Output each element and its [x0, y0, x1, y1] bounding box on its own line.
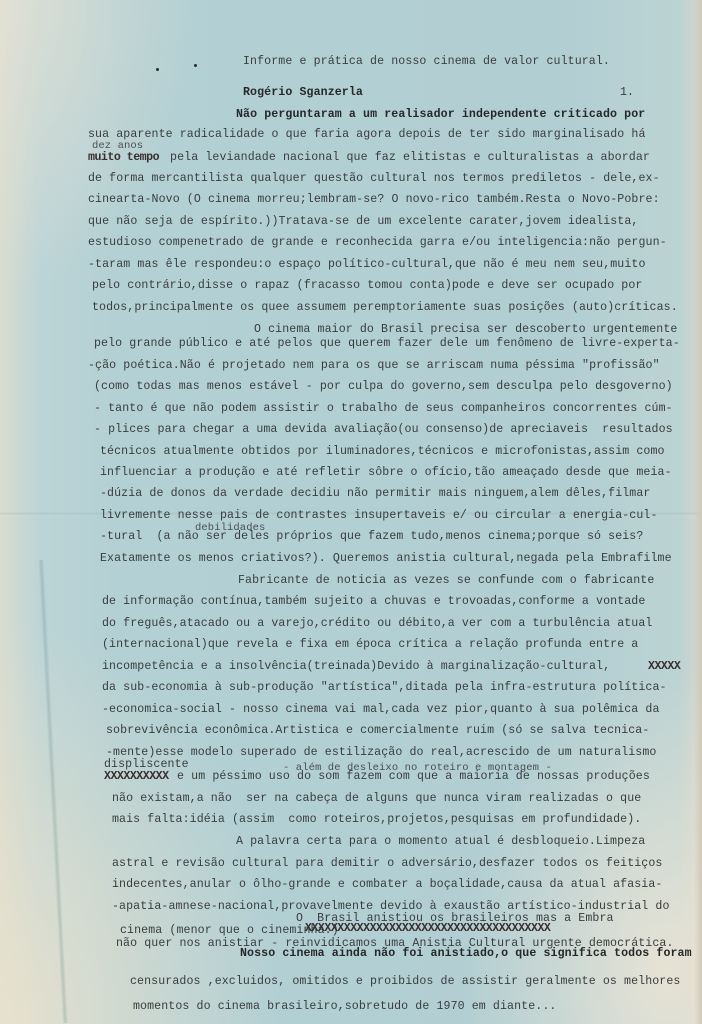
struck-text: XXXXX: [648, 660, 680, 673]
text-line: Não perguntaram a um realisador independ…: [236, 108, 645, 121]
text-line: de forma mercantilista qualquer questão …: [88, 172, 660, 185]
text-line: Nosso cinema ainda não foi anistiado,o q…: [240, 947, 692, 960]
text-line: livremente nesse pais de contrastes insu…: [100, 509, 658, 522]
text-line: -economica-social - nosso cinema vai mal…: [102, 703, 660, 716]
typewritten-page: Informe e prática de nosso cinema de val…: [0, 0, 702, 1024]
text-line: influenciar a produção e até refletir sô…: [100, 466, 672, 479]
text-line: O cinema maior do Brasil precisa ser des…: [254, 323, 677, 336]
struck-text: XXXXXXXXXXXXXXXXXXXXXXXXXXXXXXXXXXXXXX: [305, 922, 550, 935]
punch-mark: [194, 64, 197, 67]
text-line: da sub-economia à sub-produção "artístic…: [102, 681, 667, 694]
punch-mark: [156, 68, 159, 71]
text-line: cinearta-Novo (O cinema morreu;lembram-s…: [88, 193, 660, 206]
text-line: sua aparente radicalidade o que faria ag…: [88, 128, 646, 141]
text-line: não existam,a não ser na cabeça de algun…: [112, 792, 641, 805]
text-line: (internacional)que revela e fixa em époc…: [102, 638, 638, 651]
document-author: Rogério Sganzerla: [243, 86, 363, 99]
text-line: e um péssimo uso do som fazem com que a …: [170, 770, 650, 783]
paper-crease: [38, 560, 68, 1024]
text-line: do freguês,atacado ou a varejo,crédito o…: [102, 617, 652, 630]
text-line: A palavra certa para o momento atual é d…: [236, 835, 645, 848]
text-line: que não seja de espírito.))Tratava-se de…: [88, 215, 638, 228]
text-line: técnicos atualmente obtidos por iluminad…: [100, 445, 665, 458]
text-line: pelo contrário,disse o rapaz (fracasso t…: [92, 279, 642, 292]
page-number: 1.: [620, 86, 634, 99]
text-line: -dúzia de donos da verdade decidiu não p…: [100, 487, 650, 500]
text-line: pela leviandade nacional que faz elitist…: [163, 151, 650, 164]
text-line: mais falta:idéia (assim como roteiros,pr…: [112, 813, 641, 826]
text-line: astral e revisão cultural para demitir o…: [112, 857, 662, 870]
text-line: Fabricante de noticia as vezes se confun…: [238, 574, 654, 587]
text-line: todos,principalmente os quee assumem per…: [92, 301, 678, 314]
text-line: - tanto é que não podem assistir o traba…: [94, 402, 673, 415]
text-line: pelo grande público e até pelos que quer…: [94, 337, 680, 350]
paper-edge: [694, 0, 702, 1024]
text-line: de informação contínua,também sujeito a …: [102, 595, 645, 608]
struck-text: XXXXXXXXXX: [104, 770, 169, 783]
text-line: (como todas mas menos estável - por culp…: [94, 380, 673, 393]
text-line: Exatamente os menos criativos?). Queremo…: [100, 552, 672, 565]
document-title: Informe e prática de nosso cinema de val…: [243, 55, 610, 68]
text-line: -taram mas êle respondeu:o espaço políti…: [88, 258, 646, 271]
text-line: sobrevivência econômica.Artistica e come…: [106, 724, 649, 737]
text-line: -ção poética.Não é projetado nem para os…: [88, 359, 660, 372]
text-line: indecentes,anular o ôlho-grande e combat…: [112, 878, 662, 891]
struck-text: muito tempo: [88, 151, 159, 164]
text-line: momentos do cinema brasileiro,sobretudo …: [133, 1000, 556, 1013]
text-line: - plices para chegar a uma devida avalia…: [94, 423, 673, 436]
text-line: censurados ,excluidos, omitidos e proibi…: [130, 975, 680, 988]
text-line: incompetência e a insolvência(treinada)D…: [102, 660, 610, 673]
text-line: -tural (a não ser deles próprios que faz…: [100, 530, 643, 543]
text-line: estudioso compenetrado de grande e recon…: [88, 236, 667, 249]
